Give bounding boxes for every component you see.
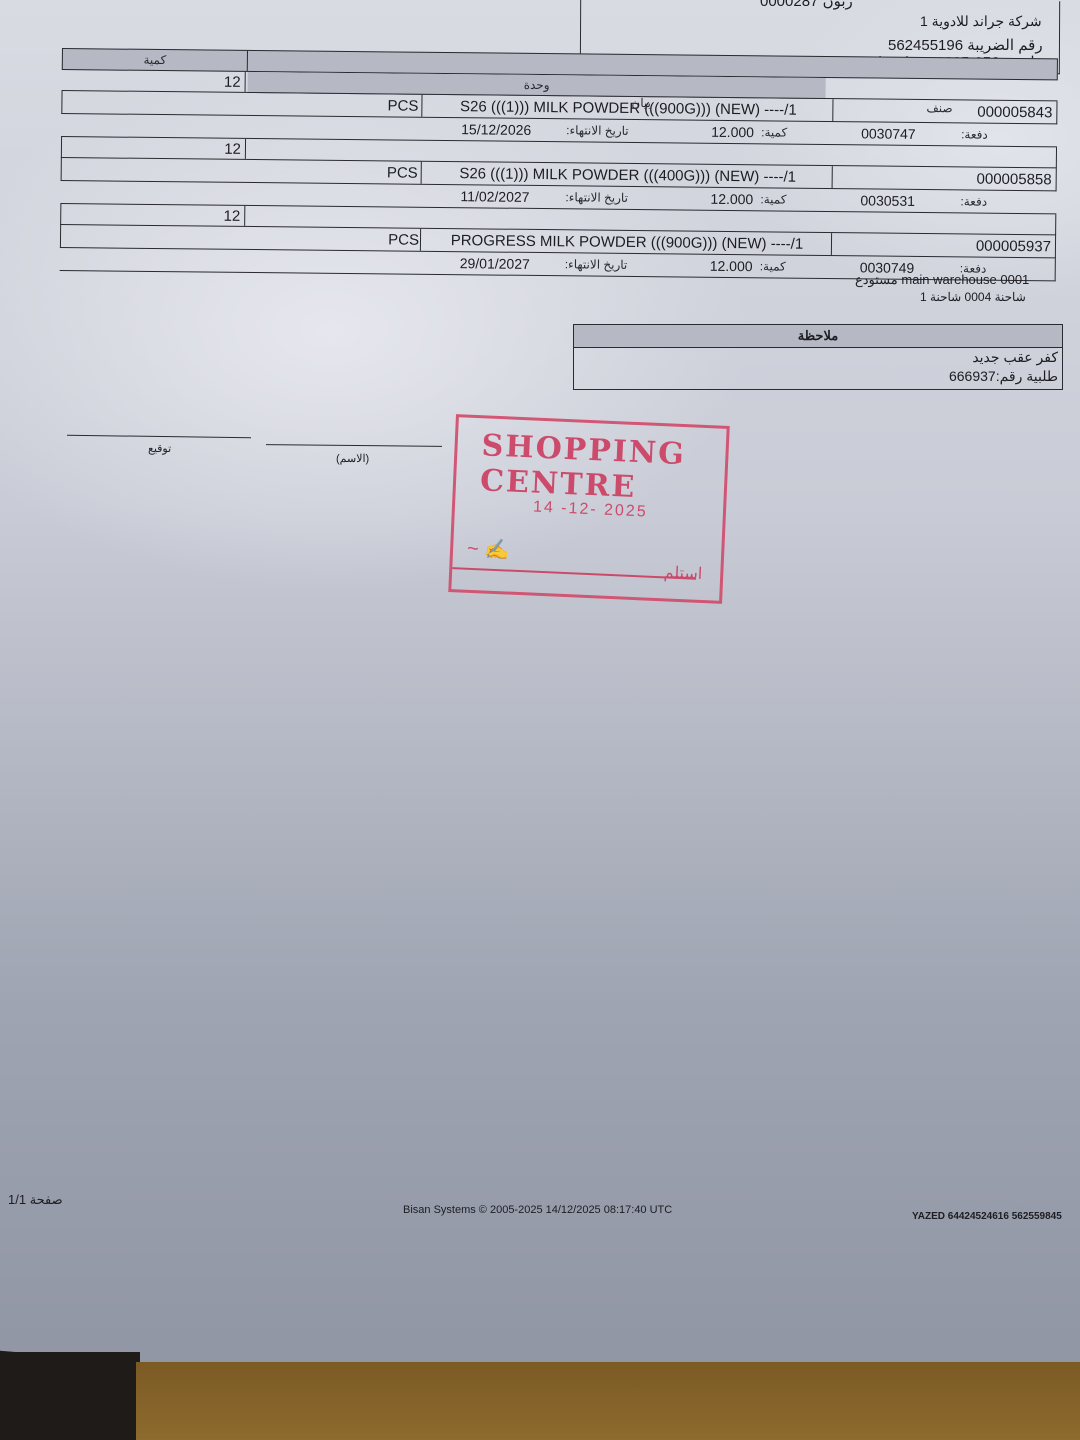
notes-title: ملاحظة: [574, 325, 1062, 348]
row2-expiry: 11/02/2027: [460, 185, 529, 208]
row2-batch-qty: 12.000: [710, 188, 753, 210]
row3-qty-label: كمية:: [760, 255, 786, 277]
customer-number: زبون 0000287: [760, 0, 853, 10]
name-label: (الاسم): [336, 452, 369, 465]
truck-line: شاحنة 0004 شاحنة 1: [920, 290, 1026, 304]
row3-unit: PCS: [61, 225, 421, 251]
items-table: كمية 12 وحدة PCS S26 (((1))) MILK POWDER…: [60, 48, 1058, 281]
row3-item-code: 000005937: [833, 233, 1055, 257]
notes-line-1: كفر عقب جديد: [574, 348, 1062, 367]
received-stamp: SHOPPING CENTRE 14 -12- 2025 ~ ✍ استلم: [448, 414, 730, 604]
tax-id: رقم الضريبة 562455196: [888, 36, 1043, 54]
cardboard-surface: [136, 1362, 1080, 1440]
row2-batch: 0030531: [860, 189, 915, 212]
col-quantity-label: كمية: [143, 53, 166, 67]
row2-expiry-label: تاريخ الانتهاء:: [565, 186, 628, 209]
row3-expiry: 29/01/2027: [460, 252, 530, 275]
page-number: صفحة 1/1: [8, 1192, 63, 1208]
row2-description: S26 (((1))) MILK POWDER (((400G))) (NEW)…: [424, 162, 833, 188]
col-quantity: كمية: [63, 49, 248, 71]
copyright-footer: Bisan Systems © 2005-2025 14/12/2025 08:…: [403, 1204, 672, 1216]
col-unit-label: وحدة: [524, 78, 550, 92]
warehouse-line: مستودع main warehouse 0001: [855, 272, 1029, 288]
stamp-date: 14 -12- 2025: [533, 499, 648, 522]
row1-description: S26 (((1))) MILK POWDER (((900G))) (NEW)…: [424, 95, 833, 121]
row1-quantity: 12: [62, 70, 246, 92]
user-footer: YAZED 64424524616 562559845: [912, 1211, 1062, 1222]
row2-quantity: 12: [62, 137, 246, 159]
stamp-underline: [452, 567, 696, 580]
row3-expiry-label: تاريخ الانتهاء:: [565, 253, 628, 276]
row1-expiry: 15/12/2026: [461, 118, 531, 141]
notes-line-2: طلبية رقم:666937: [574, 367, 1062, 386]
stamp-received: استلم: [663, 562, 702, 584]
row2-batch-label: دفعة:: [960, 190, 987, 212]
row1-unit: PCS: [62, 91, 422, 117]
signature-label: توقيع: [148, 442, 171, 455]
row1-batch-qty: 12.000: [711, 121, 754, 143]
row3-description: PROGRESS MILK POWDER (((900G))) (NEW) --…: [423, 229, 832, 255]
row3-quantity: 12: [61, 204, 245, 226]
notes-box: ملاحظة كفر عقب جديد طلبية رقم:666937: [573, 324, 1063, 390]
row1-batch-label: دفعة:: [961, 123, 988, 145]
row1-batch: 0030747: [861, 122, 916, 145]
stamp-signature: ~ ✍: [467, 536, 510, 563]
dark-background: [0, 1352, 140, 1440]
col-description-label: بيان: [631, 96, 651, 110]
row1-expiry-label: تاريخ الانتهاء:: [566, 119, 629, 142]
row3-batch-qty: 12.000: [710, 255, 753, 277]
row2-qty-label: كمية:: [760, 188, 786, 210]
stamp-brand: SHOPPING CENTRE: [479, 428, 726, 509]
row2-unit: PCS: [62, 158, 422, 184]
row2-item-code: 000005858: [834, 166, 1056, 190]
col-item-label: صنف: [926, 101, 952, 115]
row1-qty-label: كمية:: [761, 121, 787, 143]
company-name: شركة جراند للادوية 1: [920, 13, 1042, 30]
